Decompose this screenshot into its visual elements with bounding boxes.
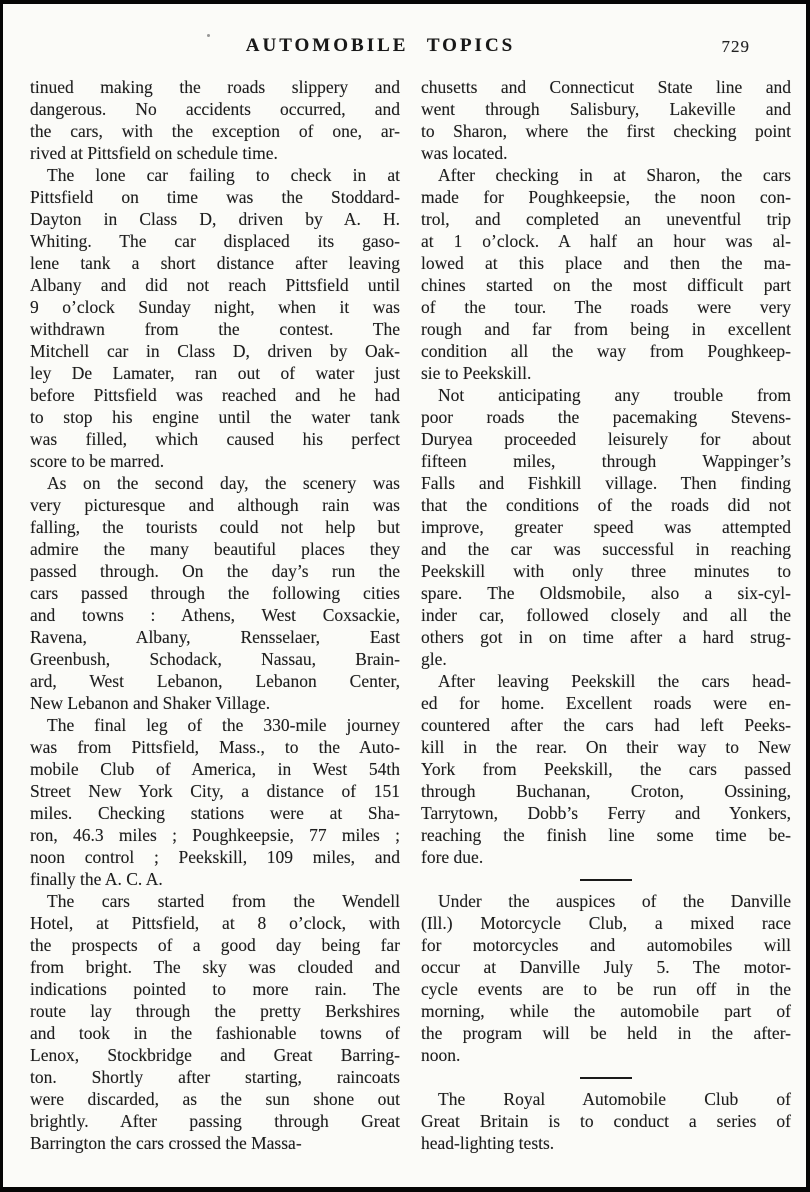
text-line: fore due. [421,846,791,868]
text-line: from bright. The sky was clouded and [30,956,400,978]
text-line: miles. Checking stations were at Sha- [30,802,400,824]
text-line: spare. The Oldsmobile, also a six-cyl- [421,582,791,604]
text-line: was filled, which caused his perfect [30,428,400,450]
text-line: Pittsfield on time was the Stoddard- [30,186,400,208]
text-line: the program will be held in the after- [421,1022,791,1044]
text-line: very picturesque and although rain was [30,494,400,516]
text-line: lene tank a short distance after leaving [30,252,400,274]
section-divider [580,1077,632,1079]
magazine-page: AUTOMOBILE TOPICS 729 tinued making the … [0,0,810,1192]
paragraph: The final leg of the 330-mile journeywas… [30,714,400,890]
text-line: the prospects of a good day being far [30,934,400,956]
text-line: gle. [421,648,791,670]
text-line: noon control ; Peekskill, 109 miles, and [30,846,400,868]
text-line: brightly. After passing through Great [30,1110,400,1132]
text-line: and the car was successful in reaching [421,538,791,560]
paragraph: The Royal Automobile Club ofGreat Britai… [421,1088,791,1154]
paragraph: tinued making the roads slippery anddang… [30,76,400,164]
running-head-title: AUTOMOBILE TOPICS [246,35,515,57]
text-line: Tarrytown, Dobb’s Ferry and Yonkers, [421,802,791,824]
text-line: admire the many beautiful places they [30,538,400,560]
paragraph: Not anticipating any trouble frompoor ro… [421,384,791,670]
text-line: made for Poughkeepsie, the noon con- [421,186,791,208]
text-line: The Royal Automobile Club of [421,1088,791,1110]
text-line: cars passed through the following cities [30,582,400,604]
text-line: Barrington the cars crossed the Massa- [30,1132,400,1154]
text-line: withdrawn from the contest. The [30,318,400,340]
text-line: As on the second day, the scenery was [30,472,400,494]
text-line: chines started on the most difficult par… [421,274,791,296]
text-line: Falls and Fishkill village. Then finding [421,472,791,494]
text-line: head-lighting tests. [421,1132,791,1154]
text-line: others got in on time after a hard strug… [421,626,791,648]
text-line: score to be marred. [30,450,400,472]
text-line: occur at Danville July 5. The motor- [421,956,791,978]
text-line: Peekskill with only three minutes to [421,560,791,582]
text-line: before Pittsfield was reached and he had [30,384,400,406]
text-line: the cars, with the exception of one, ar- [30,120,400,142]
text-line: indications pointed to more rain. The [30,978,400,1000]
text-line: through Buchanan, Croton, Ossining, [421,780,791,802]
paragraph: After checking in at Sharon, the carsmad… [421,164,791,384]
text-line: Ravena, Albany, Rensselaer, East [30,626,400,648]
text-line: lowed at this place and then the ma- [421,252,791,274]
text-line: Greenbush, Schodack, Nassau, Brain- [30,648,400,670]
text-line: The final leg of the 330-mile journey [30,714,400,736]
text-line: were discarded, as the sun shone out [30,1088,400,1110]
text-line: York from Peekskill, the cars passed [421,758,791,780]
text-line: kill in the rear. On their way to New [421,736,791,758]
text-line: ton. Shortly after starting, raincoats [30,1066,400,1088]
text-line: dangerous. No accidents occurred, and [30,98,400,120]
text-line: After checking in at Sharon, the cars [421,164,791,186]
text-line: morning, while the automobile part of [421,1000,791,1022]
text-line: Albany and did not reach Pittsfield unti… [30,274,400,296]
text-line: Not anticipating any trouble from [421,384,791,406]
paragraph: The cars started from the WendellHotel, … [30,890,400,1154]
text-line: The lone car failing to check in at [30,164,400,186]
paragraph: As on the second day, the scenery wasver… [30,472,400,714]
text-line: ley De Lamater, ran out of water just [30,362,400,384]
text-line: Great Britain is to conduct a series of [421,1110,791,1132]
text-line: Whiting. The car displaced its gaso- [30,230,400,252]
text-line: at 1 o’clock. A half an hour was al- [421,230,791,252]
section-divider [580,879,632,881]
text-line: sie to Peekskill. [421,362,791,384]
text-line: and took in the fashionable towns of [30,1022,400,1044]
text-line: ron, 46.3 miles ; Poughkeepsie, 77 miles… [30,824,400,846]
text-line: noon. [421,1044,791,1066]
text-columns: tinued making the roads slippery anddang… [3,76,806,1154]
text-line: went through Salisbury, Lakeville and [421,98,791,120]
text-line: Lenox, Stockbridge and Great Barring- [30,1044,400,1066]
text-line: Hotel, at Pittsfield, at 8 o’clock, with [30,912,400,934]
text-line: After leaving Peekskill the cars head- [421,670,791,692]
text-line: 9 o’clock Sunday night, when it was [30,296,400,318]
paragraph: After leaving Peekskill the cars head-ed… [421,670,791,868]
paragraph: The lone car failing to check in atPitts… [30,164,400,472]
text-line: tinued making the roads slippery and [30,76,400,98]
text-line: fifteen miles, through Wappinger’s [421,450,791,472]
text-line: condition all the way from Poughkeep- [421,340,791,362]
text-line: rough and far from being in excellent [421,318,791,340]
text-line: passed through. On the day’s run the [30,560,400,582]
paragraph: Under the auspices of the Danville(Ill.)… [421,890,791,1066]
text-line: ard, West Lebanon, Lebanon Center, [30,670,400,692]
text-line: ed for home. Excellent roads were en- [421,692,791,714]
text-line: Duryea proceeded leisurely for about [421,428,791,450]
text-line: countered after the cars had left Peeks- [421,714,791,736]
text-line: and towns : Athens, West Coxsackie, [30,604,400,626]
text-line: mobile Club of America, in West 54th [30,758,400,780]
page-header: AUTOMOBILE TOPICS 729 [3,35,806,65]
left-column: tinued making the roads slippery anddang… [30,76,400,1154]
text-line: improve, greater speed was attempted [421,516,791,538]
text-line: reaching the finish line some time be- [421,824,791,846]
text-line: rived at Pittsfield on schedule time. [30,142,400,164]
text-line: to stop his engine until the water tank [30,406,400,428]
text-line: of the tour. The roads were very [421,296,791,318]
text-line: inder car, followed closely and all the [421,604,791,626]
text-line: was from Pittsfield, Mass., to the Auto- [30,736,400,758]
text-line: trol, and completed an uneventful trip [421,208,791,230]
text-line: (Ill.) Motorcycle Club, a mixed race [421,912,791,934]
text-line: finally the A. C. A. [30,868,400,890]
text-line: that the conditions of the roads did not [421,494,791,516]
text-line: New Lebanon and Shaker Village. [30,692,400,714]
text-line: chusetts and Connecticut State line and [421,76,791,98]
right-column: chusetts and Connecticut State line andw… [421,76,791,1154]
text-line: falling, the tourists could not help but [30,516,400,538]
text-line: cycle events are to be run off in the [421,978,791,1000]
text-line: Dayton in Class D, driven by A. H. [30,208,400,230]
text-line: poor roads the pacemaking Stevens- [421,406,791,428]
text-line: was located. [421,142,791,164]
text-line: for motorcycles and automobiles will [421,934,791,956]
text-line: The cars started from the Wendell [30,890,400,912]
text-line: Under the auspices of the Danville [421,890,791,912]
paragraph: chusetts and Connecticut State line andw… [421,76,791,164]
page-number: 729 [722,37,751,57]
text-line: route lay through the pretty Berkshires [30,1000,400,1022]
text-line: Mitchell car in Class D, driven by Oak- [30,340,400,362]
text-line: to Sharon, where the first checking poin… [421,120,791,142]
text-line: Street New York City, a distance of 151 [30,780,400,802]
